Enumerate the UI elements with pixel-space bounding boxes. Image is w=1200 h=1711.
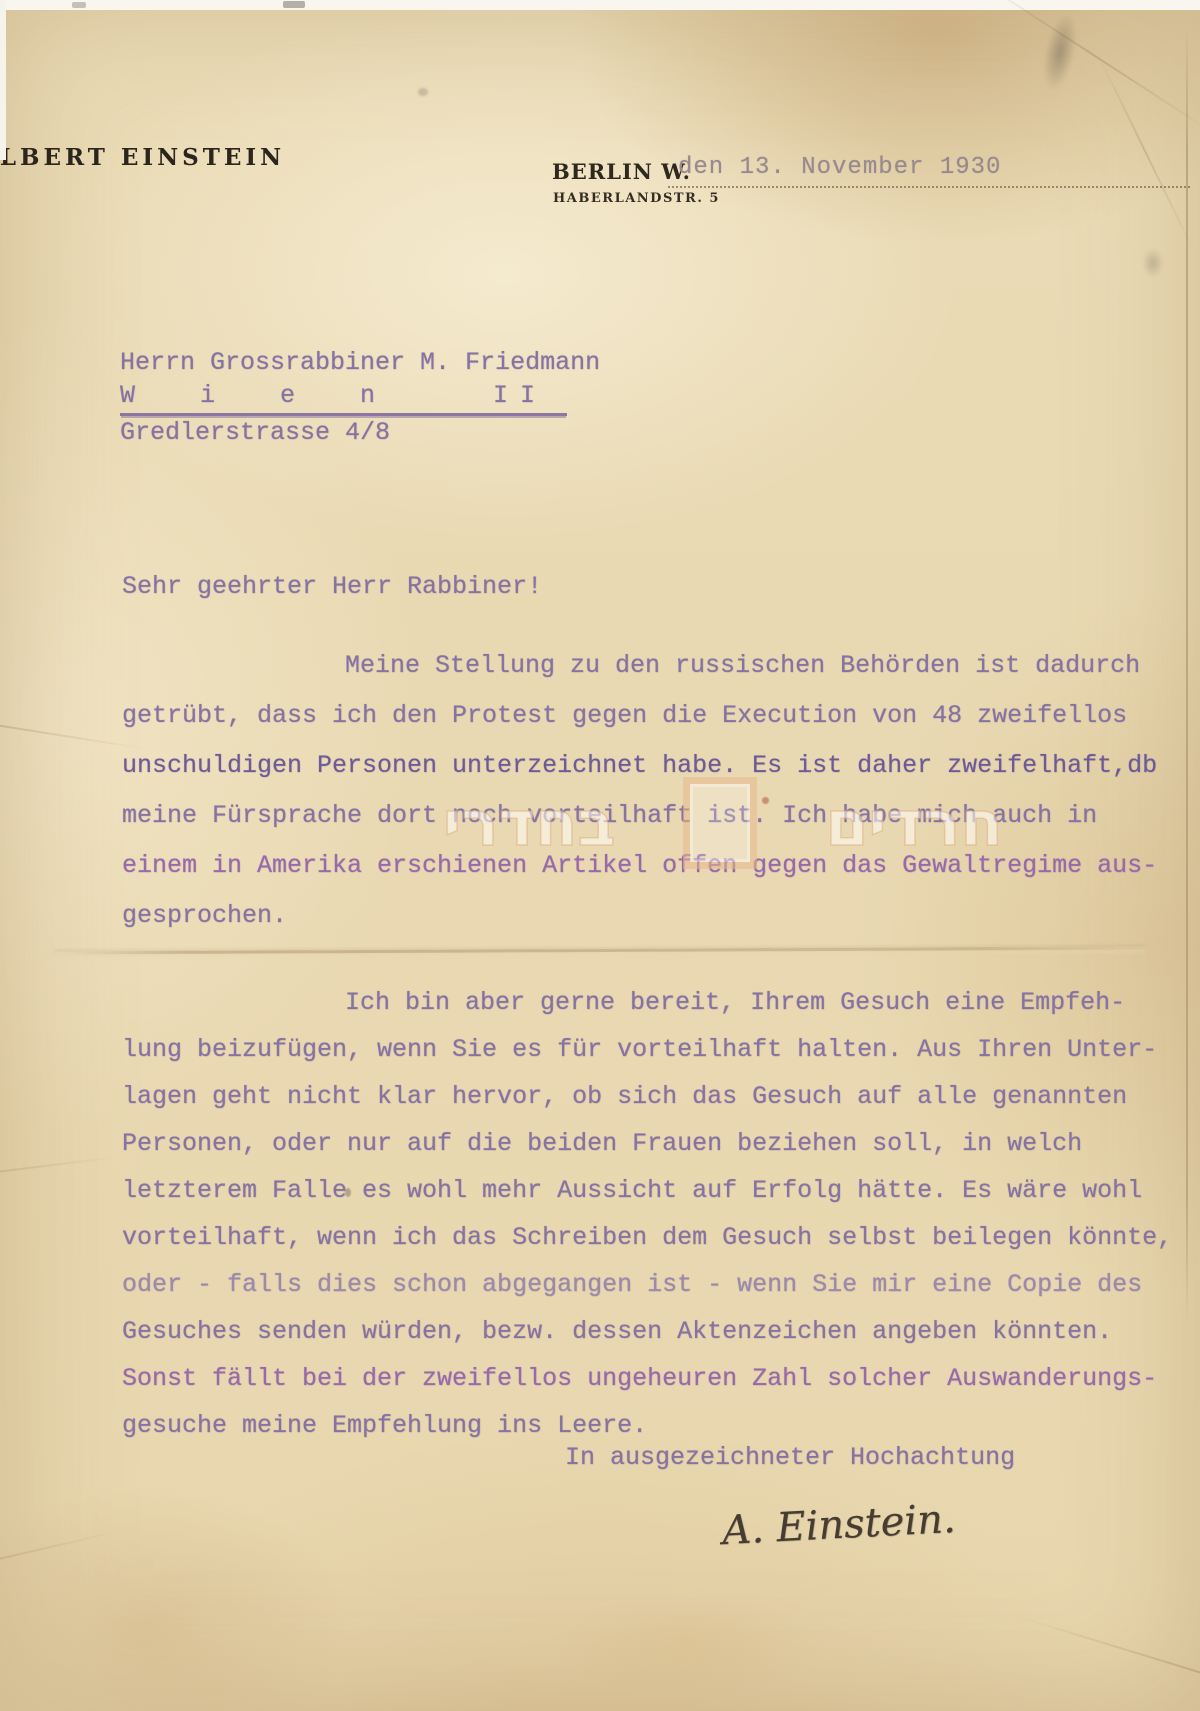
text-line: Gesuches senden würden, bezw. dessen Akt…	[122, 1308, 1182, 1355]
date-rule-line	[668, 186, 1190, 188]
smudge-top-right	[1037, 10, 1083, 94]
stain-dot-1	[418, 88, 428, 96]
stain-bottom	[560, 1600, 820, 1690]
text-line: Ich bin aber gerne bereit, Ihrem Gesuch …	[122, 979, 1182, 1026]
crease-top-right-1	[977, 0, 1200, 133]
salutation: Sehr geehrter Herr Rabbiner!	[122, 572, 542, 601]
rust-spot-1	[762, 797, 769, 804]
text-line: Sonst fällt bei der zweifellos ungeheure…	[122, 1355, 1182, 1402]
text-line: getrübt, dass ich den Protest gegen die …	[122, 691, 1182, 741]
text-line: meine Fürsprache dort noch vorteilhaft i…	[122, 791, 1182, 841]
stain-dot-3	[72, 2, 86, 8]
letterhead-name: ALBERT EINSTEIN	[0, 144, 285, 171]
smudge-right-edge	[1142, 248, 1164, 278]
text-line: oder - falls dies schon abgegangen ist -…	[122, 1261, 1182, 1308]
text-line: unschuldigen Personen unterzeichnet habe…	[122, 741, 1182, 791]
body-paragraph-1: Meine Stellung zu den russischen Behörde…	[122, 641, 1182, 941]
crease-bottom-right	[1015, 1615, 1200, 1687]
text-line: gesuche meine Empfehlung ins Leere.	[122, 1402, 1182, 1449]
fold-crease-horizontal	[55, 947, 1145, 955]
letterhead-city: BERLIN W.	[552, 159, 691, 184]
text-line: lung beizufügen, wenn Sie es für vorteil…	[122, 1026, 1182, 1073]
paper-edge-right	[1186, 25, 1188, 1325]
text-line: letzterem Falle es wohl mehr Aussicht au…	[122, 1167, 1182, 1214]
text-line: W i e n II	[120, 379, 600, 416]
text-line: gesprochen.	[122, 891, 1182, 941]
body-paragraph-2: Ich bin aber gerne bereit, Ihrem Gesuch …	[122, 979, 1182, 1449]
scan-edge-strip-top	[0, 0, 1200, 10]
date-field: den 13. November 1930	[678, 154, 1001, 181]
text-line: Gredlerstrasse 4/8	[120, 416, 600, 449]
underlined-text: W i e n II	[120, 379, 567, 416]
rust-spot-2	[345, 1188, 351, 1197]
text-line: Meine Stellung zu den russischen Behörde…	[122, 641, 1182, 691]
crease-top-right-2	[1096, 52, 1194, 251]
text-line: lagen geht nicht klar hervor, ob sich da…	[122, 1073, 1182, 1120]
letterhead-street: HABERLANDSTR. 5	[553, 191, 720, 206]
recipient-block: Herrn Grossrabbiner M. FriedmannW i e n …	[120, 346, 600, 449]
closing-line: In ausgezeichneter Hochachtung	[565, 1443, 1015, 1472]
text-line: Herrn Grossrabbiner M. Friedmann	[120, 346, 600, 379]
letter-scan: ALBERT EINSTEIN BERLIN W. HABERLANDSTR. …	[0, 0, 1200, 1711]
scan-edge-strip-left	[0, 0, 6, 160]
signature: A. Einstein.	[721, 1496, 957, 1554]
crease-left-2	[0, 1156, 120, 1176]
crease-bottom-left	[0, 1530, 119, 1561]
text-line: einem in Amerika erschienen Artikel offe…	[122, 841, 1182, 891]
text-line: Personen, oder nur auf die beiden Frauen…	[122, 1120, 1182, 1167]
stain-dot-2	[283, 1, 305, 8]
text-line: vorteilhaft, wenn ich das Schreiben dem …	[122, 1214, 1182, 1261]
